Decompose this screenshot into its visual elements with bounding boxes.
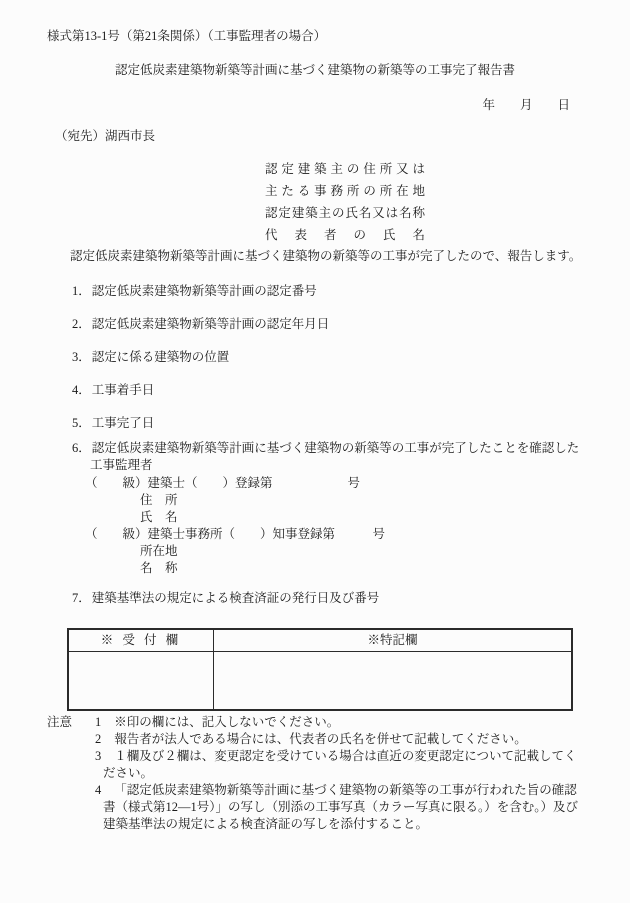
item-6-text: 認定低炭素建築物新築等計画に基づく建築物の新築等の工事が完了したことを確認した工… bbox=[90, 441, 579, 472]
supervisor-office-name-label: 名 称 bbox=[140, 560, 630, 577]
note-2: 2報告者が法人である場合には、代表者の氏名を併せて記載してください。 bbox=[95, 731, 578, 748]
item-2-certification-date: 2．認定低炭素建築物新築等計画の認定年月日 bbox=[72, 316, 630, 333]
addressee: （宛先）湖西市長 bbox=[55, 128, 630, 145]
item-6-work-supervisor: 6．認定低炭素建築物新築等計画に基づく建築物の新築等の工事が完了したことを確認し… bbox=[72, 440, 590, 474]
note-3: 3１欄及び２欄は、変更認定を受けている場合は直近の変更認定について記載してくださ… bbox=[95, 748, 578, 782]
item-1-text: 認定低炭素建築物新築等計画の認定番号 bbox=[92, 284, 317, 298]
reception-table: ※ 受 付 欄 ※特記欄 bbox=[67, 628, 573, 711]
form-number: 様式第13-1号（第21条関係）（工事監理者の場合） bbox=[47, 28, 630, 45]
note-3-number: 3 bbox=[95, 749, 101, 763]
note-4-text: 「認定低炭素建築物新築等計画に基づく建築物の新築等の工事が行われた旨の確認書（様… bbox=[103, 783, 578, 831]
representative-name-line: 代表者の氏名 bbox=[265, 224, 425, 246]
applicant-name-line: 認定建築主の氏名又は名称 bbox=[265, 202, 425, 224]
item-5-number: 5． bbox=[72, 416, 91, 430]
item-6-number: 6． bbox=[72, 441, 91, 455]
item-2-number: 2． bbox=[72, 317, 91, 331]
supervisor-name-label: 氏 名 bbox=[140, 509, 630, 526]
remarks-empty-cell bbox=[214, 652, 573, 711]
reception-table-header-row: ※ 受 付 欄 ※特記欄 bbox=[68, 629, 572, 652]
supervisor-address-label: 住 所 bbox=[140, 492, 630, 509]
notes-label: 注意 bbox=[47, 714, 72, 731]
reception-column-header: ※ 受 付 欄 bbox=[68, 629, 214, 652]
item-1-certification-number: 1．認定低炭素建築物新築等計画の認定番号 bbox=[72, 283, 630, 300]
note-1: 1※印の欄には、記入しないでください。 bbox=[95, 714, 578, 731]
supervisor-architect-license-line: （ 級）建築士（ ）登録第 号 bbox=[85, 475, 630, 492]
item-4-work-start-date: 4．工事着手日 bbox=[72, 382, 630, 399]
item-4-number: 4． bbox=[72, 383, 91, 397]
applicant-address-line-1: 認定建築主の住所又は bbox=[265, 158, 425, 180]
item-7-number: 7． bbox=[72, 591, 91, 605]
supervisor-office-address-label: 所在地 bbox=[140, 543, 630, 560]
item-3-building-location: 3．認定に係る建築物の位置 bbox=[72, 349, 630, 366]
notes-section: 注意 1※印の欄には、記入しないでください。 2報告者が法人である場合には、代表… bbox=[47, 714, 577, 833]
form-page: 様式第13-1号（第21条関係）（工事監理者の場合） 認定低炭素建築物新築等計画… bbox=[0, 0, 630, 903]
note-2-text: 報告者が法人である場合には、代表者の氏名を併せて記載してください。 bbox=[114, 732, 527, 746]
item-1-number: 1． bbox=[72, 284, 91, 298]
supervisor-office-license-line: （ 級）建築士事務所（ ）知事登録第 号 bbox=[85, 526, 630, 543]
remarks-column-header: ※特記欄 bbox=[214, 629, 573, 652]
applicant-block: 認定建築主の住所又は 主たる事務所の所在地 認定建築主の氏名又は名称 代表者の氏… bbox=[265, 158, 425, 246]
note-1-number: 1 bbox=[95, 715, 101, 729]
intro-sentence: 認定低炭素建築物新築等計画に基づく建築物の新築等の工事が完了したので、報告します… bbox=[70, 248, 630, 265]
item-3-number: 3． bbox=[72, 350, 91, 364]
page-title: 認定低炭素建築物新築等計画に基づく建築物の新築等の工事完了報告書 bbox=[0, 62, 630, 79]
note-3-text: １欄及び２欄は、変更認定を受けている場合は直近の変更認定について記載してください… bbox=[103, 749, 577, 780]
date-line: 年 月 日 bbox=[0, 97, 630, 114]
applicant-address-line-2: 主たる事務所の所在地 bbox=[265, 180, 425, 202]
reception-empty-cell bbox=[68, 652, 214, 711]
reception-table-body-row bbox=[68, 652, 572, 711]
item-7-inspection-certificate: 7．建築基準法の規定による検査済証の発行日及び番号 bbox=[72, 590, 630, 607]
item-5-text: 工事完了日 bbox=[92, 416, 155, 430]
item-3-text: 認定に係る建築物の位置 bbox=[92, 350, 230, 364]
note-4: 4「認定低炭素建築物新築等計画に基づく建築物の新築等の工事が行われた旨の確認書（… bbox=[95, 782, 578, 833]
note-4-number: 4 bbox=[95, 783, 101, 797]
note-1-text: ※印の欄には、記入しないでください。 bbox=[114, 715, 339, 729]
item-7-text: 建築基準法の規定による検査済証の発行日及び番号 bbox=[92, 591, 380, 605]
item-5-work-completion-date: 5．工事完了日 bbox=[72, 415, 630, 432]
item-4-text: 工事着手日 bbox=[92, 383, 155, 397]
item-2-text: 認定低炭素建築物新築等計画の認定年月日 bbox=[92, 317, 330, 331]
note-2-number: 2 bbox=[95, 732, 101, 746]
